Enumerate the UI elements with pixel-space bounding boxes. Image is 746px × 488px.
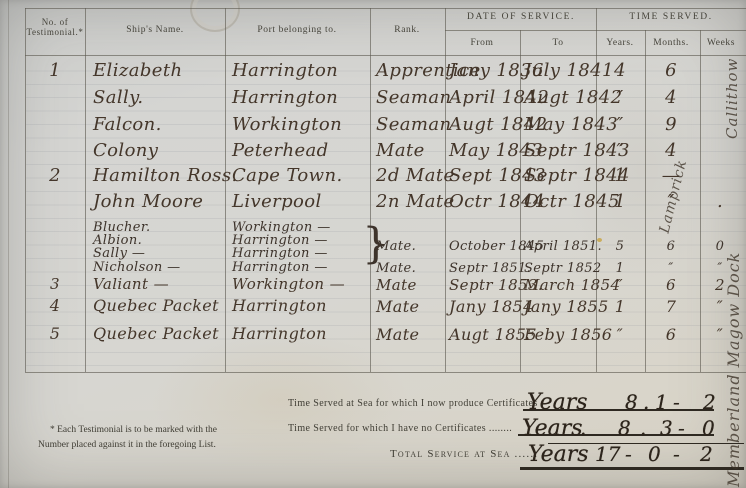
cell-ship: Sally — <box>93 247 145 260</box>
cell-years: 1 <box>614 193 626 211</box>
handwritten-token: - <box>678 416 685 440</box>
cell-rank: 2n Mate <box>376 193 455 211</box>
cell-months: 6 <box>665 62 677 80</box>
header-date-of-service: DATE OF SERVICE. <box>467 12 575 22</box>
cell-weeks: ″ <box>717 299 723 315</box>
marginalia-handwriting: Memberland Magow Dock <box>724 212 743 487</box>
header-to: To <box>552 38 563 48</box>
grid-vline <box>225 8 226 372</box>
cell-to: April 1851. <box>524 240 602 253</box>
cell-port: Liverpool <box>232 193 322 211</box>
cell-port: Harrington <box>232 62 338 80</box>
header-ships-name: Ship's Name. <box>126 25 183 35</box>
cell-rank: 2d Mate <box>376 167 455 185</box>
header-port-belonging-to: Port belonging to. <box>257 25 336 35</box>
handwritten-token: - <box>625 442 632 466</box>
handwritten-token: 2 <box>703 390 716 414</box>
cell-months: 4 <box>665 89 677 107</box>
cell-ship: Colony <box>93 142 158 160</box>
handwritten-token: 1 <box>655 390 668 414</box>
cell-years: ″ <box>617 327 623 343</box>
cell-to: May 1843 <box>524 116 618 134</box>
marginalia-handwriting: Callithow <box>723 0 741 139</box>
grid-hline <box>445 30 746 31</box>
handwritten-token: Years <box>528 442 589 467</box>
cell-months: ″ <box>668 262 673 275</box>
cell-ship: Nicholson — <box>93 261 181 274</box>
cell-rank: Mate <box>376 299 419 315</box>
totals-label-total-service: Total Service at Sea ...... <box>390 448 538 460</box>
cell-years: 4 <box>614 62 626 80</box>
cell-weeks: ″ <box>717 262 722 275</box>
handwritten-token: 8 <box>618 416 631 440</box>
cell-port: Workington — <box>232 277 345 292</box>
cell-port: Workington <box>232 116 342 134</box>
cell-from: Jany 1854 <box>449 299 534 315</box>
handwritten-token: Years <box>522 416 583 441</box>
handwritten-token: . <box>643 390 649 414</box>
totals-rule <box>520 467 744 470</box>
cell-years: ″ <box>616 116 623 134</box>
header-no-of-testimonial: No. of Testimonial.* <box>27 17 84 37</box>
cell-months: 6 <box>667 240 676 253</box>
cell-years: ″ <box>616 89 623 107</box>
cell-years: 5 <box>616 240 625 253</box>
handwritten-token: . <box>580 416 586 440</box>
cell-years: 1 <box>614 167 626 185</box>
grid-hline <box>25 8 746 9</box>
cell-ship: Elizabeth <box>93 62 182 80</box>
header-years: Years. <box>606 38 633 48</box>
grid-hline <box>25 55 746 56</box>
cell-months: 6 <box>666 327 677 343</box>
handwritten-token: 0 <box>648 442 661 466</box>
handwritten-token: 3 <box>660 416 673 440</box>
cell-no: 1 <box>49 62 61 80</box>
cell-ship: Valiant — <box>93 277 169 292</box>
handwritten-token: 8 <box>625 390 638 414</box>
embossed-stamp <box>190 0 240 32</box>
cell-ship: Sally. <box>93 89 143 107</box>
cell-port: Harrington <box>232 298 327 314</box>
cell-rank: Seaman <box>376 89 452 107</box>
cell-from: Septr 1851. <box>449 262 531 275</box>
header-from: From <box>471 38 494 48</box>
grid-vline <box>645 30 646 372</box>
handwritten-token: . <box>640 416 646 440</box>
handwritten-token: 2 <box>700 442 713 466</box>
grid-vline <box>25 8 26 372</box>
totals-label-certificates: Time Served at Sea for which I now produ… <box>288 398 538 409</box>
cell-to: Septr 1843 <box>524 142 630 160</box>
footnote: * Each Testimonial is to be marked with … <box>38 423 234 452</box>
handwritten-token: 17 <box>595 442 620 466</box>
header-time-served: TIME SERVED. <box>629 12 712 22</box>
handwritten-token: Years <box>527 390 588 415</box>
cell-rank: Mate <box>376 142 425 160</box>
header-rank: Rank. <box>394 25 419 35</box>
cell-rank: Seaman <box>376 116 452 134</box>
cell-ship: Hamilton Ross. <box>93 167 238 185</box>
cell-to: Septr 1852 <box>524 262 602 275</box>
cell-to: Augt 1842 <box>524 89 622 107</box>
ship-service-record-document: No. of Testimonial.* Ship's Name. Port b… <box>0 0 746 488</box>
cell-no: 5 <box>50 326 61 342</box>
cell-months: 9 <box>665 116 677 134</box>
cell-rank: Mate <box>376 278 417 293</box>
cell-port: Harrington — <box>232 247 328 260</box>
grid-vline <box>370 8 371 372</box>
cell-port: Cape Town. <box>232 167 343 185</box>
cell-to: Jany 1855 <box>524 299 609 315</box>
cell-to: March 1854 <box>524 278 620 293</box>
cell-to: Feby 1856 <box>524 327 612 343</box>
cell-months: 6 <box>666 278 676 293</box>
cell-ship: Falcon. <box>93 116 162 134</box>
cell-years: 1 <box>615 299 626 315</box>
cell-port: Harrington — <box>232 261 328 274</box>
cell-port: Harrington <box>232 89 338 107</box>
cell-port: Harrington <box>232 326 327 342</box>
totals-label-no-certificates: Time Served for which I have no Certific… <box>288 423 512 434</box>
cell-port: Peterhead <box>232 142 329 160</box>
cell-rank: Mate <box>376 327 419 343</box>
grid-vline <box>85 8 86 372</box>
cell-years: ″ <box>617 278 623 293</box>
cell-to: Octr 1845 <box>524 193 620 211</box>
cell-years: ″ <box>616 142 623 160</box>
cell-no: 4 <box>50 298 61 314</box>
handwritten-token: 0 <box>702 416 715 440</box>
cell-no: 3 <box>50 277 60 292</box>
cell-weeks: . <box>717 193 723 211</box>
cell-weeks: ″ <box>717 327 723 343</box>
cell-months: 7 <box>666 299 677 315</box>
cell-years: 1 <box>616 262 625 275</box>
header-months: Months. <box>653 38 689 48</box>
grid-vline <box>8 0 9 488</box>
grid-hline <box>25 372 746 373</box>
cell-ship: Quebec Packet <box>93 298 219 314</box>
cell-ship: John Moore <box>93 193 203 211</box>
cell-ship: Quebec Packet <box>93 326 219 342</box>
handwritten-token: - <box>673 390 680 414</box>
cell-to: July 1841 <box>524 62 614 80</box>
group-bracket: } <box>362 223 390 265</box>
cell-no: 2 <box>49 167 61 185</box>
handwritten-token: - <box>673 442 680 466</box>
